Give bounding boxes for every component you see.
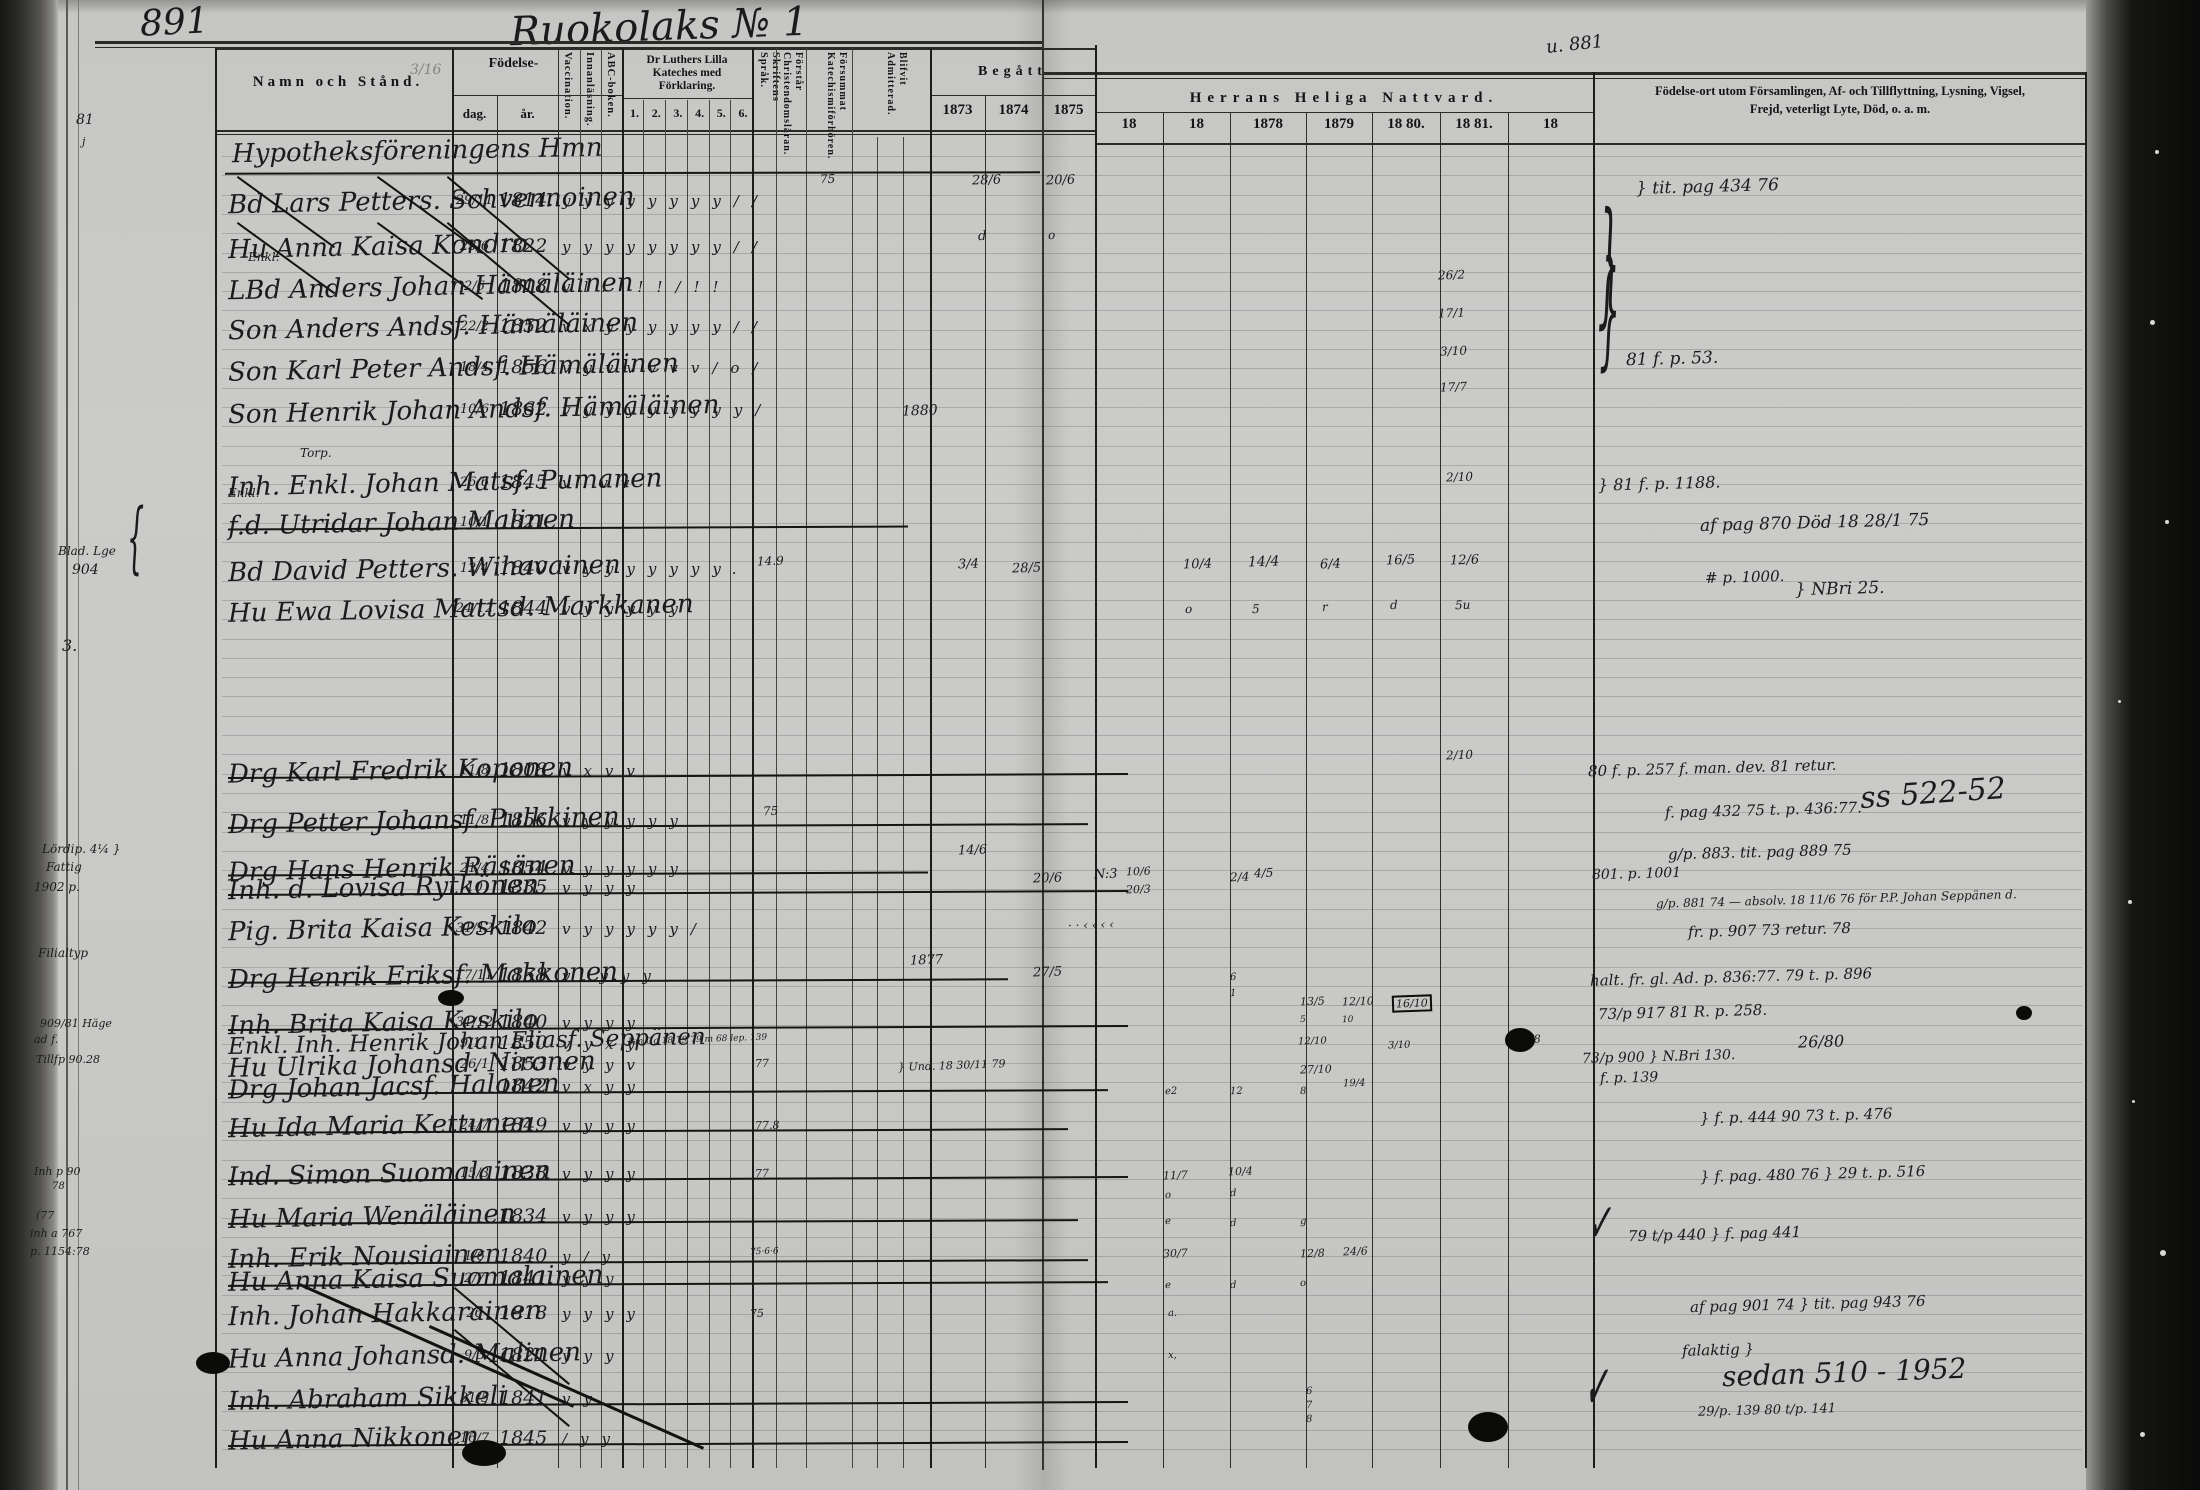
margin-note: 78 [52,1181,65,1192]
record-birth-year: 1822 [499,235,547,257]
margin-note: Blad. Lge [58,544,116,558]
cell-mark: 1 [1230,988,1237,999]
margin-note: Tillfp 90.28 [36,1053,100,1066]
remark-note: 73/p 917 81 R. p. 258. [1598,1001,1768,1023]
grid-line-horizontal [930,95,1095,96]
cell-mark: 5 [1300,1015,1306,1025]
cell-mark: o [1300,1278,1306,1289]
cell-mark: 75 [750,1307,764,1320]
remark-note: ✓ [1587,1192,1611,1256]
grid-line-horizontal [95,41,1042,44]
margin-note: 3. [62,636,77,655]
remark-note: # p. 1000. [1705,567,1785,587]
record-above-note: Torp. [300,446,332,460]
header-innanlasning: Innanläsning. [583,52,595,132]
record-birth-year: 1840 [499,557,547,579]
cell-mark: 1877 [910,952,944,968]
record-birth-day: 12/4 [452,561,497,576]
record-birth-day: 2/6 [452,279,497,294]
cell-mark: r [1322,600,1328,614]
margin-note: Filialtyp [38,946,88,960]
header-fodelse: Födelse- [452,56,575,72]
grid-line-vertical [877,137,878,1468]
record-birth-year: 1818 [499,1302,547,1324]
grid-line-vertical [1163,112,1164,1468]
grid-line-vertical [903,137,904,1468]
cell-mark: 24/6 [1343,1245,1368,1259]
cell-mark: 10/4 [1183,556,1213,572]
record-literacy-marks: yyyy [562,1305,648,1323]
record-literacy-marks: v.yyy [562,967,664,985]
kateches-col-number: 1. [624,106,645,121]
nattvard-year-label: 18 [1508,116,1593,133]
scan-film-edge [2086,0,2200,1490]
cell-mark: 16/10 [1392,994,1432,1012]
grid-line-horizontal [452,95,622,96]
header-remarks-line2: Frejd, veterligt Lyte, Död, o. a. m. [1600,102,2080,117]
begatt-year-label: 1873 [930,102,985,119]
grid-line-horizontal [222,639,2082,640]
grid-line-horizontal [222,388,2082,389]
grid-line-horizontal [215,48,1095,50]
remark-note: falaktig } [1682,1340,1755,1360]
cell-mark: 30/7 [1163,1247,1188,1261]
margin-note: Fattig [46,860,82,874]
cell-mark: e2 [1165,1086,1178,1097]
grid-line-horizontal [222,1102,2082,1103]
grid-line-horizontal [222,658,2082,659]
record-literacy-marks: vxyyyyyy// [562,318,770,336]
record-birth-day: 31/12 [452,921,497,936]
remark-note: g/p. 881 74 — absolv. 18 11/6 76 för P.P… [1656,887,2017,910]
cell-mark: 12 [1230,1086,1243,1097]
grid-line-horizontal [222,793,2082,794]
record-birth-year: 1814. [499,189,553,211]
grid-line-horizontal [222,503,2082,504]
film-speck [2160,1250,2166,1256]
kateches-col-number: 4. [689,106,710,121]
cell-mark: 77 [755,1057,769,1070]
cell-mark: o [1185,602,1193,616]
cell-mark: 16/5 [1386,552,1416,568]
margin-note: 909/81 Häge [40,1017,112,1030]
grid-line-vertical [985,95,986,1468]
record-birth-year: 1834 [499,1205,547,1227]
remark-note: 29/p. 139 80 t/p. 141 [1698,1401,1836,1420]
margin-note: 904 [72,562,99,578]
grid-line-vertical [930,48,932,1468]
cell-mark: · · ‹ ‹ ‹ ‹ [1068,917,1114,933]
grid-line-vertical [1306,112,1307,1468]
grid-line-horizontal [222,156,2082,157]
margin-note: 3/16 [410,62,441,78]
record-literacy-marks: yyy [562,1347,626,1365]
record-literacy-marks: vl!'!!/!! [562,278,732,296]
grid-line-horizontal [222,426,2082,427]
cell-mark: 14/6 [958,842,988,858]
grid-line-horizontal [222,1237,2082,1238]
record-birth-year: 1845 [499,471,547,493]
grid-line-horizontal [1042,78,2086,79]
record-literacy-marks: vyyyyy/ [562,920,709,938]
cell-mark: 77.8 [755,1119,780,1133]
film-speck [2140,1432,2145,1437]
record-birth-day: 10/6 [452,402,497,417]
cell-mark: o [1048,228,1056,242]
cell-mark: 20/6 [1046,172,1076,188]
ink-blob [196,1352,230,1374]
cell-mark: 12/6 [1450,552,1480,568]
grid-line-horizontal [222,909,2082,910]
record-birth-year: 1821 [499,511,547,533]
cell-mark: 26/2 [1438,268,1465,283]
nattvard-year-label: 18 81. [1440,116,1508,133]
cell-mark: d [1390,598,1398,612]
margin-note: j [82,135,85,148]
remark-note: g/p. 883. tit. pag 889 75 [1668,841,1852,864]
ink-blob [462,1440,506,1466]
record-literacy-marks: vyyyyyyyy/ [562,401,773,419]
cell-mark: 75·6·6 [750,1247,779,1258]
record-literacy-marks: vyvvvvv/o/ [562,359,770,377]
record-birth-day: 18/4 [452,360,497,375]
cell-mark: 10/4 [1228,1165,1253,1179]
remark-note: 79 t/p 440 } f. pag 441 [1628,1223,1802,1246]
nattvard-year-label: 18 [1163,116,1230,133]
cell-mark: 11/7 [1163,1169,1188,1183]
page-top-shadow [58,0,2086,14]
header-namn-och-stand: Namn och Stånd. [238,74,438,91]
kateches-col-number: 3. [667,106,688,121]
remark-note: 26/80 [1798,1031,1845,1051]
record-name: Hu Anna Nikkonen [228,1421,479,1456]
cell-mark: } Und. 18 30/11 79 [898,1057,1006,1074]
grid-line-vertical [852,48,853,1468]
cell-mark: d [1230,1218,1237,1229]
record-literacy-marks: vyyyyy [562,600,691,618]
grid-line-horizontal [622,98,752,99]
grid-line-horizontal [222,446,2082,447]
header-remarks-line1: Födelse-ort utom Församlingen, Af- och T… [1600,84,2080,99]
header-blifvit-admitterad: Blifvit Admitterad. [868,52,908,134]
cell-mark: 8 [1306,1414,1313,1425]
ink-blob [1468,1412,1508,1442]
grid-line-vertical [215,48,217,1468]
grid-line-horizontal [222,735,2082,736]
cell-mark: 19/4 [1343,1078,1366,1090]
grid-line-vertical [709,100,710,1468]
header-dag: dag. [452,106,497,122]
record-name: Hu Maria Wenäläinen [228,1199,516,1235]
scanned-church-record-page: 891 Ruokolaks № 1 u. 881 Namn och Stånd.… [0,0,2200,1490]
header-ar: år. [497,106,558,122]
remark-note: ✓ [1584,1352,1608,1424]
cell-mark: 10/6 [1126,865,1151,879]
cell-mark: 2/10 [1446,470,1473,485]
header-abc-boken: ABC-boken. [604,52,616,132]
remark-note: } tit. pag 434 76 [1636,175,1779,199]
cell-mark: 27/10 [1300,1062,1332,1076]
film-speck [2150,320,2155,325]
remark-note: } f. p. 444 90 73 t. p. 476 [1700,1104,1893,1127]
remark-note: } f. pag. 480 76 } 29 t. p. 516 [1700,1162,1926,1186]
margin-note: 81 [76,112,94,128]
record-literacy-marks: vyyyyy [562,860,691,878]
grid-line-horizontal [222,696,2082,697]
record-birth-year: 1842 [499,917,547,939]
grid-line-horizontal [222,1333,2082,1334]
nattvard-year-label: 18 [1095,116,1163,133]
margin-note: (77 [36,1209,54,1222]
record-above-note: Enkl. [248,250,279,264]
margin-note: Inh p 90 [34,1165,81,1178]
grid-line-vertical [66,0,68,1490]
record-literacy-marks: vyyv [562,1056,648,1074]
cell-mark: 3/10 [1440,344,1467,359]
cell-mark: 4/5 [1254,866,1274,881]
cell-mark: 12/8 [1300,1247,1325,1261]
remark-note: fr. p. 907 73 retur. 78 [1688,919,1851,941]
cell-mark: 20/6 [1033,870,1063,886]
ink-blob [438,990,464,1006]
ink-blob [2016,1006,2032,1020]
cell-mark: 6 [1230,972,1237,983]
nattvard-year-label: 1879 [1306,116,1372,133]
grid-line-vertical [1372,112,1373,1468]
margin-note: ad f. [34,1033,58,1046]
record-literacy-marks: vyyyyyyy. [562,560,750,578]
remark-note: ss 522-52 [1859,771,2007,816]
remark-note: f. p. 139 [1600,1069,1659,1087]
grid-line-horizontal [222,716,2082,717]
grid-line-horizontal [1095,112,1593,113]
margin-note: Lördip. 4¼ } [42,842,120,856]
ink-blob [1505,1028,1535,1052]
cell-mark: 77 [755,1167,769,1180]
margin-note: { [127,494,144,585]
cell-mark: o [1165,1190,1171,1201]
grid-line-horizontal [222,1140,2082,1141]
grid-line-vertical [806,48,807,1468]
cell-mark: 2/10 [1446,748,1473,763]
cell-mark: 13/5 [1300,995,1325,1009]
record-birth-year: 1818 [499,275,547,297]
cell-mark: 2/4 [1230,870,1250,885]
remark-note: 81 f. p. 53. [1626,348,1719,370]
group-heading-underline [225,171,1040,174]
record-birth-year: 1858 [499,964,547,986]
record-birth-year: 1856 [499,809,547,831]
cell-mark: 3/4 [958,557,979,573]
record-birth-year: 1856 [499,356,547,378]
grid-line-vertical [1508,112,1509,1468]
record-birth-year: 1862 [499,398,547,420]
record-above-note: Enkl. [228,486,259,500]
cell-mark: g [1300,1216,1307,1227]
header-forsummat-katechismiforhoren: Försummat Katechismiförhören. [810,52,848,134]
cell-mark: 17/1 [1438,306,1465,321]
record-birth-day: 24/12 [452,601,497,616]
remark-note: 801. p. 1001 [1592,865,1682,883]
record-birth-day: 26/6 [452,475,497,490]
cell-mark: 14/4 [1248,553,1280,570]
cell-mark: N:3 [1094,867,1118,883]
record-name: Drg Henrik Eriksf. Makkonen [228,957,619,995]
remark-note: 80 f. p. 257 f. man. dev. 81 retur. [1588,756,1837,780]
cell-mark: 27/5 [1033,964,1063,980]
begatt-year-label: 1875 [1042,102,1095,119]
cell-mark: 6/4 [1320,557,1341,573]
margin-note: 1902 p. [34,880,80,894]
film-speck [2155,150,2159,154]
cell-mark: 12/10 [1298,1036,1327,1048]
remark-note: sedan 510 - 1952 [1721,1352,1966,1394]
film-speck [2118,700,2121,703]
book-binding-edge [0,0,58,1490]
nattvard-year-label: 18 80. [1372,116,1440,133]
cell-mark: 5u [1455,598,1471,613]
record-birth-day: 22/2 [452,319,497,334]
record-literacy-marks: v.vv [562,474,642,492]
family-brace: } [1600,237,1620,384]
grid-line-vertical [1230,112,1231,1468]
cell-mark: d [1230,1188,1237,1199]
cell-mark: 28/6 [972,172,1002,188]
nattvard-year-label: 1878 [1230,116,1306,133]
cell-mark: 20/3 [1126,883,1151,897]
cell-mark: 75 [763,804,779,819]
cell-mark: 1880 [902,402,938,419]
cell-mark: 14.9 [757,554,784,569]
kateches-col-number: 5. [711,106,732,121]
cell-mark: a. [1168,1308,1178,1319]
grid-line-vertical [730,100,731,1468]
record-literacy-marks: yyyyyyyy// [562,192,770,210]
grid-line-horizontal [222,465,2082,466]
grid-line-horizontal [222,677,2082,678]
cell-mark: 75 [820,172,836,187]
grid-line-horizontal [222,542,2082,543]
header-herrans-heliga-nattvard: Herrans Heliga Nattvard. [1095,90,1593,107]
record-birth-year: 1844 [499,597,547,619]
begatt-year-label: 1874 [985,102,1042,119]
grid-line-horizontal [1042,72,2086,75]
film-speck [2132,1100,2135,1103]
cell-mark: 28/5 [1012,560,1042,576]
page-number: 891 [139,0,210,45]
top-right-note: u. 881 [1545,31,1604,58]
margin-note: inh a 767 [30,1227,82,1240]
header-vaccination: Vaccination. [561,52,573,132]
cell-mark: 3/10 [1388,1040,1411,1052]
cell-mark: 10 [1342,1015,1354,1025]
cell-mark: x, [1168,1350,1177,1361]
grid-line-vertical [78,0,79,1490]
grid-line-horizontal [222,175,2082,176]
cell-mark: 5 [1252,602,1260,616]
cell-mark: 12/10 [1342,994,1374,1008]
group-heading: Hypotheksföreningens Hmn [232,133,603,169]
remark-note: } 81 f. p. 1188. [1598,472,1721,494]
grid-line-vertical [1095,45,1097,1468]
film-speck [2128,900,2132,904]
header-kateches: Dr Luthers Lilla Kateches med Förklaring… [626,54,748,93]
cell-mark: d [1230,1280,1237,1291]
record-birth-year: 1849 [499,1114,547,1136]
record-birth-year: 1852 [499,315,547,337]
cell-mark: e [1165,1280,1171,1291]
grid-line-horizontal [222,349,2082,350]
remark-note: f. pag 432 75 t. p. 436:77. [1665,798,1862,821]
remark-note: af pag 870 Död 18 28/1 75 [1700,510,1930,536]
header-forstar-christendomslaran: Förstår Christendomsläran. [778,52,804,134]
grid-line-horizontal [215,130,1095,132]
kateches-col-number: 2. [646,106,667,121]
cell-mark: 7 [1306,1400,1313,1411]
cell-mark: 17/7 [1440,380,1467,395]
cell-mark: 6 [1306,1386,1313,1397]
cell-mark: 8 [1300,1086,1307,1097]
grid-line-horizontal [1095,143,2086,145]
record-birth-year: 1821 [499,1344,547,1366]
margin-note: p. 1154:78 [30,1245,90,1258]
kateches-col-number: 6. [733,106,754,121]
grid-line-horizontal [222,947,2082,948]
cell-mark: e [1165,1216,1171,1227]
remark-note: } NBri 25. [1795,578,1885,600]
cell-mark: d [978,229,987,244]
grid-line-horizontal [215,134,1095,135]
grid-line-vertical [2085,72,2087,1468]
film-speck [2165,520,2169,524]
record-literacy-marks: yyyyyyyy// [562,238,770,256]
